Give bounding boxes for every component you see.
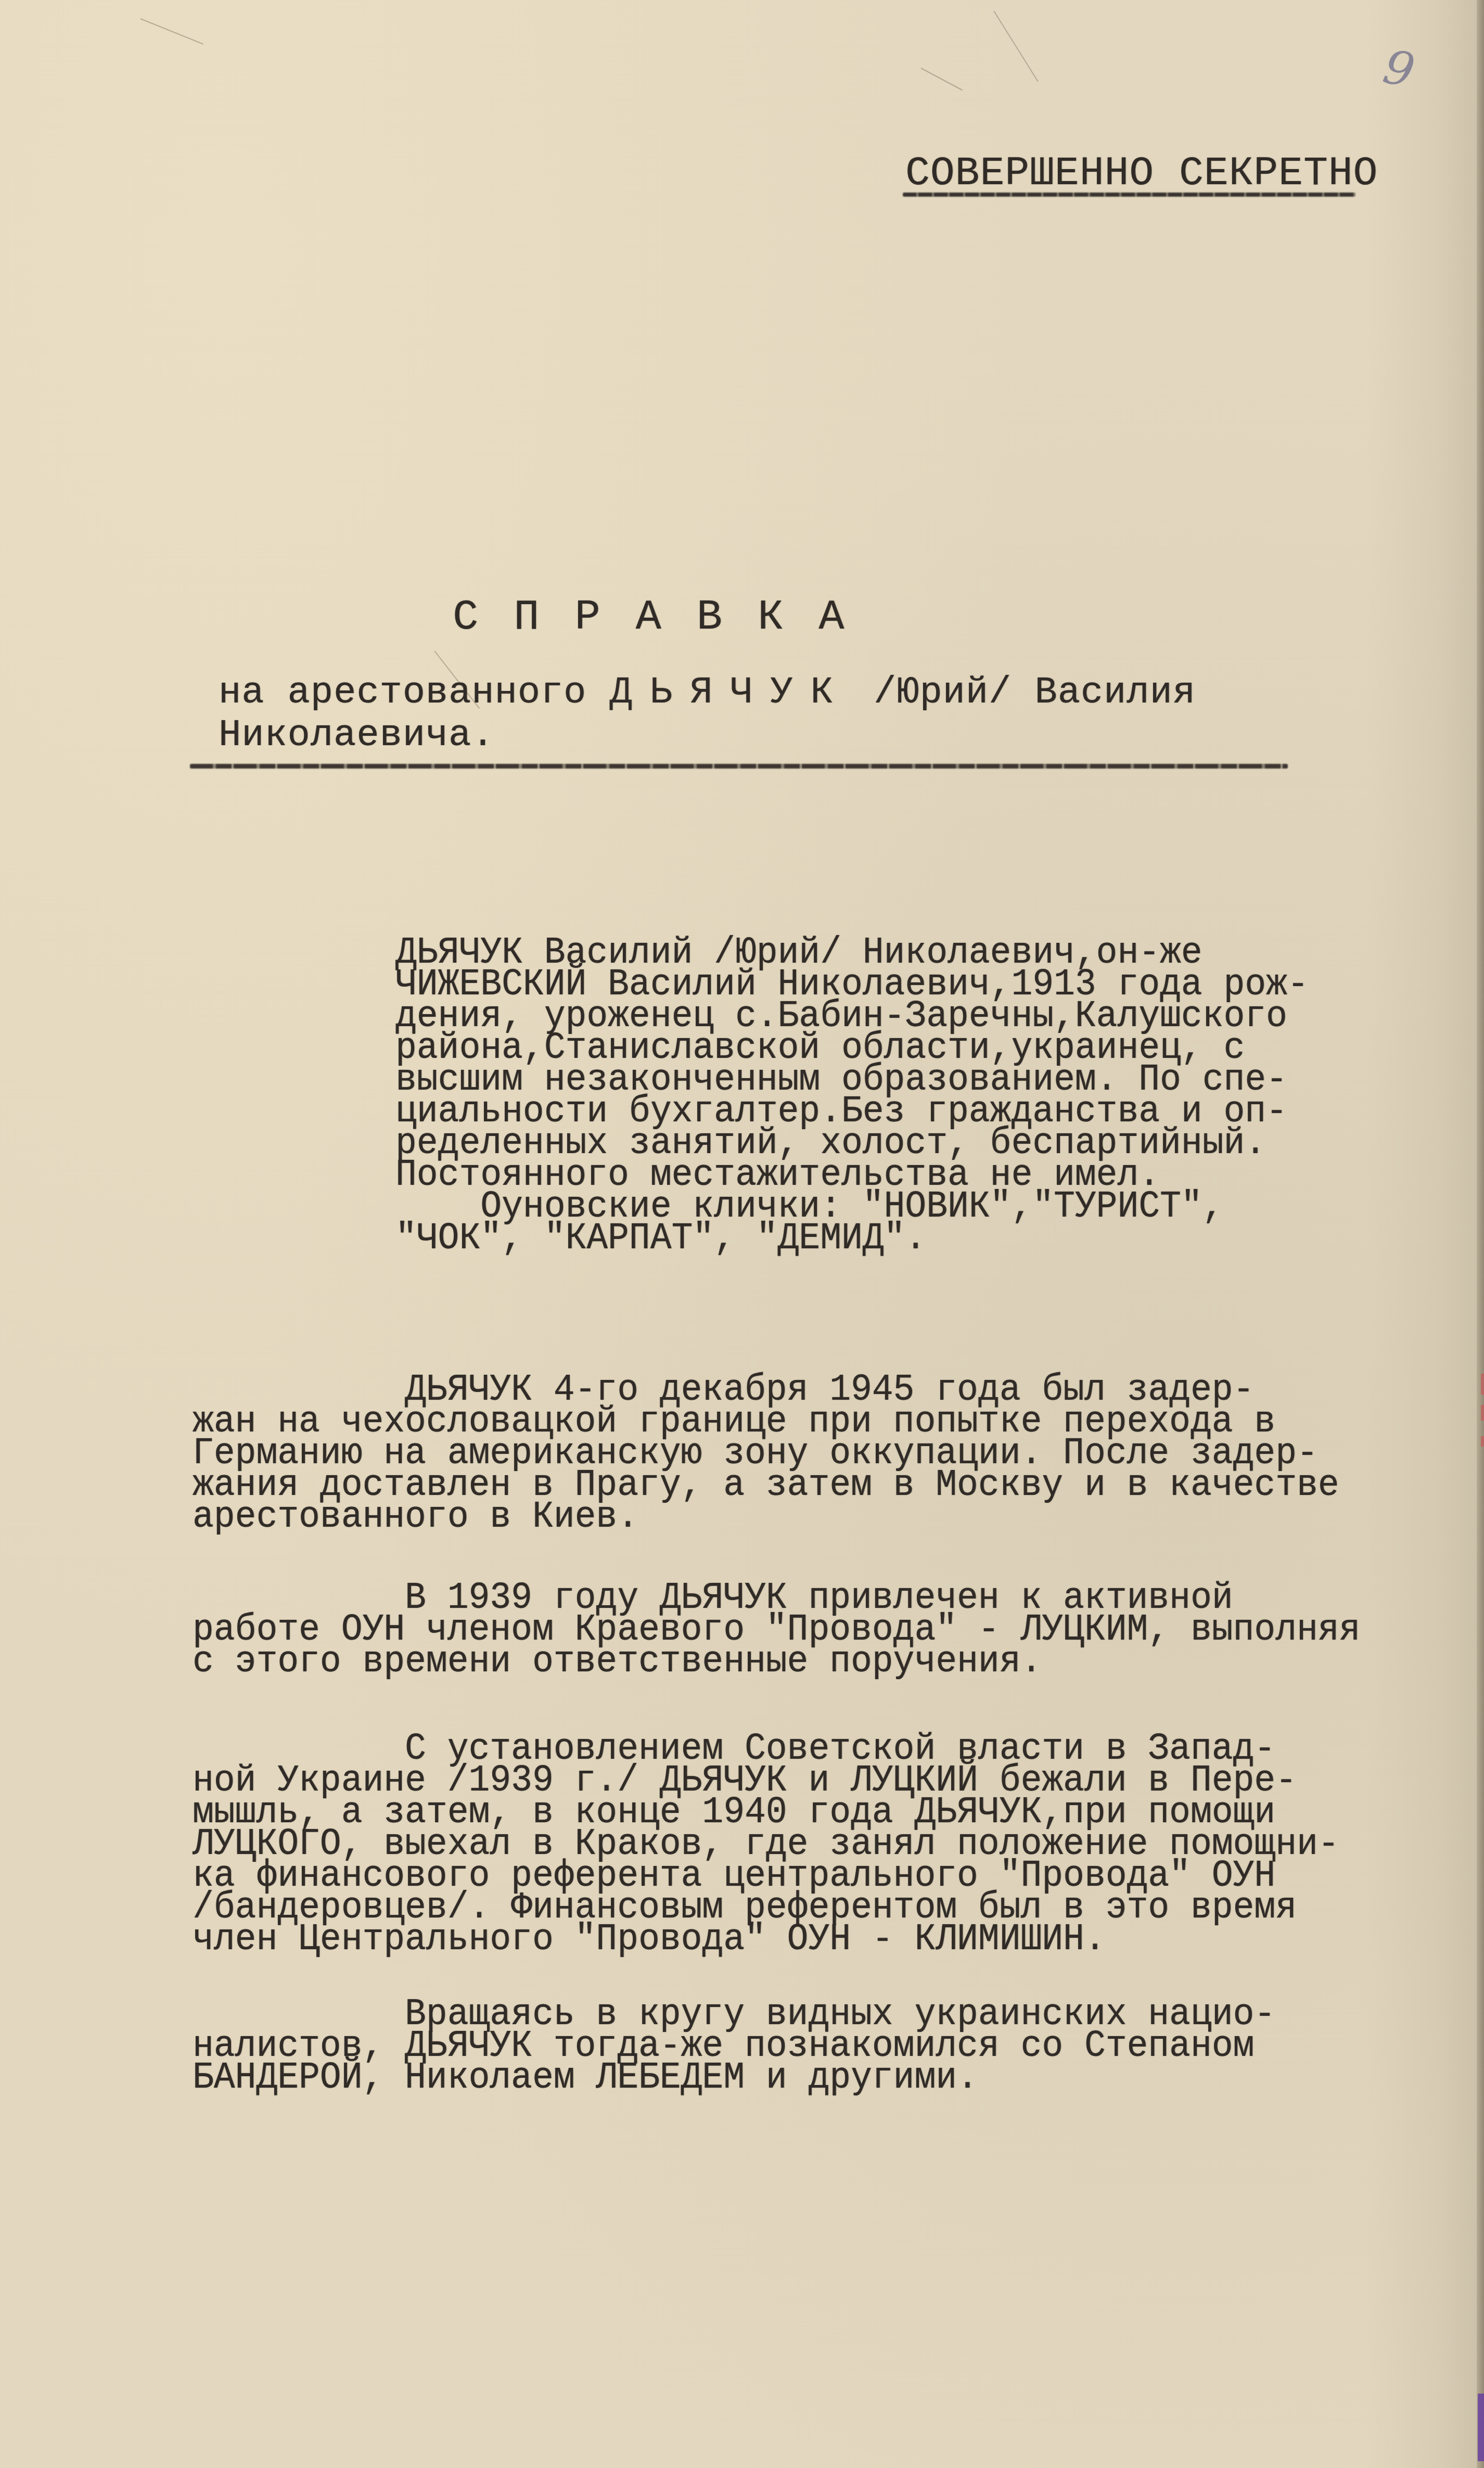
handwritten-page-number: 9 bbox=[1379, 39, 1419, 99]
edge-red-mark bbox=[1481, 1374, 1484, 1395]
text-line: с этого времени ответственные поручения. bbox=[193, 1645, 1483, 1679]
header-divider bbox=[190, 764, 1288, 769]
paragraph-detention: ДЬЯЧУК 4-го декабря 1945 года был задер-… bbox=[193, 1374, 1483, 1532]
subject-patronymic: Николаевича. bbox=[219, 714, 494, 757]
text-line: член Центрального "Провода" ОУН - КЛИМИШ… bbox=[193, 1923, 1483, 1957]
paper-scratch bbox=[140, 18, 203, 45]
edge-red-mark bbox=[1481, 1405, 1484, 1421]
edge-red-mark bbox=[1481, 1436, 1484, 1447]
text-line: БАНДЕРОЙ, Николаем ЛЕБЕДЕМ и другими. bbox=[193, 2062, 1483, 2095]
document-page: 9 СОВЕРШЕННО СЕКРЕТНО СПРАВКА на арестов… bbox=[0, 0, 1484, 2468]
subject-prefix: на арестованного bbox=[219, 671, 586, 714]
subject-name: ДЬЯЧУК bbox=[610, 671, 851, 714]
text-line: арестованного в Киев. bbox=[193, 1501, 1483, 1534]
edge-violet-mark bbox=[1478, 2394, 1484, 2461]
text-line: "ЧОК", "КАРПАТ", "ДЕМИД". bbox=[395, 1222, 1484, 1256]
document-subject: на арестованного ДЬЯЧУК /Юрий/ Василия Н… bbox=[219, 671, 1196, 757]
classification-stamp: СОВЕРШЕННО СЕКРЕТНО bbox=[905, 151, 1378, 197]
paragraph-personal-data: ДЬЯЧУК Василий /Юрий/ Николаевич,он-же Ч… bbox=[395, 937, 1484, 1254]
page-edge bbox=[1477, 0, 1484, 2468]
paragraph-acquaintances: Вращаясь в кругу видных украинских нацио… bbox=[193, 1998, 1483, 2093]
classification-underline bbox=[903, 193, 1355, 197]
subject-suffix: /Юрий/ Василия bbox=[851, 671, 1196, 714]
paragraph-oun-1939: В 1939 году ДЬЯЧУК привлечен к активной … bbox=[193, 1582, 1483, 1677]
paragraph-flight-krakow: С установлением Советской власти в Запад… bbox=[193, 1733, 1483, 1955]
paper-scratch bbox=[921, 68, 963, 91]
paper-scratch bbox=[993, 10, 1038, 82]
document-title: СПРАВКА bbox=[453, 593, 879, 642]
